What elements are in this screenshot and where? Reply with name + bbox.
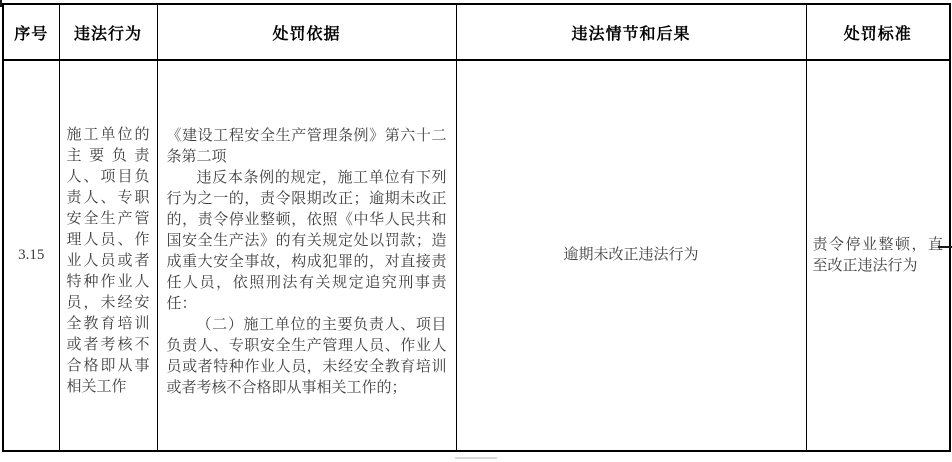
penalty-basis-clause-item: （二）施工单位的主要负责人、项目负责人、专职安全生产管理人员、作业人员或者特种作… — [167, 315, 447, 399]
scan-artifact-right-dash — [938, 246, 952, 248]
header-serial-number: 序号 — [3, 4, 59, 60]
penalty-basis-source-title: 《建设工程安全生产管理条例》第六十二条第二项 — [167, 126, 447, 168]
header-circumstances-consequences: 违法情节和后果 — [456, 4, 806, 60]
header-penalty-standard: 处罚标准 — [806, 4, 950, 60]
table-row: 3.15 施工单位的主要负责人、项目负责人、专职安全生产管理人员、作业人员或者特… — [3, 60, 950, 451]
penalty-basis-clause-body: 违反本条例的规定，施工单位有下列行为之一的，责令限期改正；逾期未改正的，责令停业… — [167, 168, 447, 315]
cell-penalty-standard: 责令停业整顿，直至改正违法行为 — [806, 60, 950, 451]
document-page: 序号 违法行为 处罚依据 违法情节和后果 处罚标准 3.15 施工单位的主要负责… — [0, 0, 952, 462]
header-penalty-basis: 处罚依据 — [157, 4, 456, 60]
cell-penalty-basis: 《建设工程安全生产管理条例》第六十二条第二项 违反本条例的规定，施工单位有下列行… — [157, 60, 456, 451]
header-illegal-behavior: 违法行为 — [59, 4, 157, 60]
cell-circumstances-consequences: 逾期未改正违法行为 — [456, 60, 806, 451]
scan-artifact-bottom-smudge — [455, 457, 497, 459]
scan-artifact-top-left — [0, 0, 2, 7]
penalty-regulation-table: 序号 违法行为 处罚依据 违法情节和后果 处罚标准 3.15 施工单位的主要负责… — [2, 3, 951, 452]
cell-illegal-behavior: 施工单位的主要负责人、项目负责人、专职安全生产管理人员、作业人员或者特种作业人员… — [59, 60, 157, 451]
cell-serial-number: 3.15 — [3, 60, 59, 451]
table-header-row: 序号 违法行为 处罚依据 违法情节和后果 处罚标准 — [3, 4, 950, 60]
